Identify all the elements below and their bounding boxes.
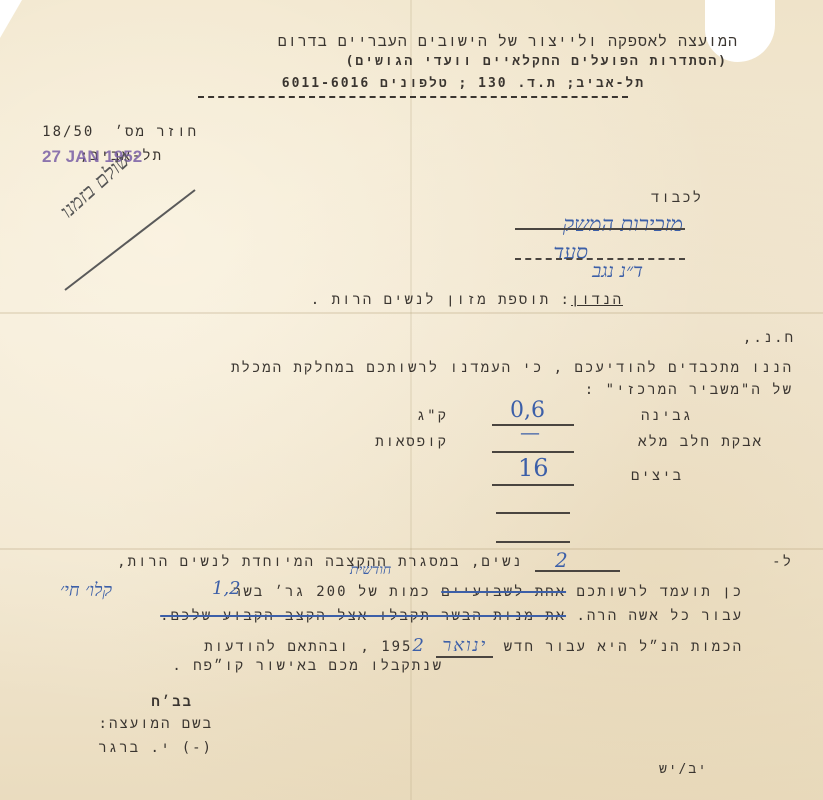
para2-struck-text: אחת לשבועיים [441,584,566,600]
recipient-line-3: ד״נ נגב [592,260,643,283]
para2-line2-struck: את מנות הבשר תקבלו אצל הקצב הקבוע שלכם. [160,608,566,624]
circular-number: 18/50 [42,124,94,140]
item-name-cheese: גבינה [641,408,693,425]
item-blank [496,541,570,543]
item-name-milk-powder: אבקת חלב מלא [638,434,763,451]
torn-corner [0,0,22,38]
year: 1952 [381,639,426,655]
women-prefix: ל- [772,554,793,571]
item-name-eggs: ביצים [631,468,683,485]
closing-signature: (-) י. ברגר [98,740,213,757]
item-value-eggs: 16 [518,454,549,482]
fold-line [410,0,412,800]
para3-text-b: , ובהתאם להודעות [204,639,371,655]
handwritten-margin-note: קלו׳ חי׳ [60,580,112,601]
item-blank [496,512,570,514]
body-para2-line2: עבור כל אשה הרה. את מנות הבשר תקבלו אצל … [160,608,743,625]
footer-initials: יב/יש [659,762,708,777]
recipient-underline [515,228,685,230]
year-handwritten: 2 [413,635,426,656]
para2-line2-text: עבור כל אשה הרה. [576,608,743,624]
women-count: 2 [555,548,568,572]
letterhead-org-name: המועצה לאספקה ולייצור של הישובים העבריים… [278,32,738,51]
para3-text-a: הכמות הנ״ל היא עבור חדש [504,639,743,655]
body-para3-line1: הכמות הנ״ל היא עבור חדש ינואר 1952 , ובה… [204,635,743,656]
letter-paper: המועצה לאספקה ולייצור של הישובים העבריים… [0,0,823,800]
para2-text-a: כן תועמד לרשותכם [577,584,743,600]
item-blank [492,484,574,486]
recipient-line-1: מזכירות המשק [563,212,683,237]
subject-text: : תוספת מזון לנשים הרות . [311,292,571,308]
letterhead-address: תל-אביב; ת.ד. 130 ; טלפונים 6011-6016 [282,76,645,91]
handwritten-amount: 1,2 [212,578,241,599]
letterhead-divider [198,96,628,98]
recipient-line-2: סעד [553,240,588,265]
body-para1-line2: של ה"משביר המרכזי" : [585,382,793,399]
letterhead-org-sub: (הסתדרות הפועלים החקלאיים וועדי הגושים) [346,54,728,69]
handwritten-insert: חודשית [350,562,391,579]
item-unit-cheese: ק"ג [417,408,448,425]
women-text: נשים, במסגרת ההקצבה המיוחדת לנשים הרות, [117,554,523,571]
para2-text-b: כמות של 200 גר׳ בשר [233,584,431,600]
torn-corner [705,0,775,62]
closing-line-2: בשם המועצה: [99,716,213,733]
subject-label: הנדון [571,292,623,308]
greeting: ח.נ., [743,330,795,347]
body-para3-line2: שנתקבלו מכם באישור קו״פח . [172,658,443,675]
women-count-blank [535,570,620,572]
recipient-salutation: לכבוד [651,190,703,207]
closing-line-1: בב׳ח [151,694,193,711]
circular-number-row: חוזר מס׳ 18/50 [42,124,198,141]
circular-label: חוזר מס׳ [115,124,198,140]
month-handwritten: ינואר [436,635,493,658]
body-para1-line1: הננו מתכבדים להודיעכם , כי העמדנו לרשותכ… [231,360,793,377]
year-typed: 195 [381,639,412,655]
item-blank [492,451,574,453]
body-para2-line1: כן תועמד לרשותכם אחת לשבועיים כמות של 20… [233,584,743,601]
item-unit-milk-powder: קופסאות [375,434,448,451]
subject-line: הנדון: תוספת מזון לנשים הרות . [311,292,623,309]
item-value-milk-powder: — [520,420,540,444]
